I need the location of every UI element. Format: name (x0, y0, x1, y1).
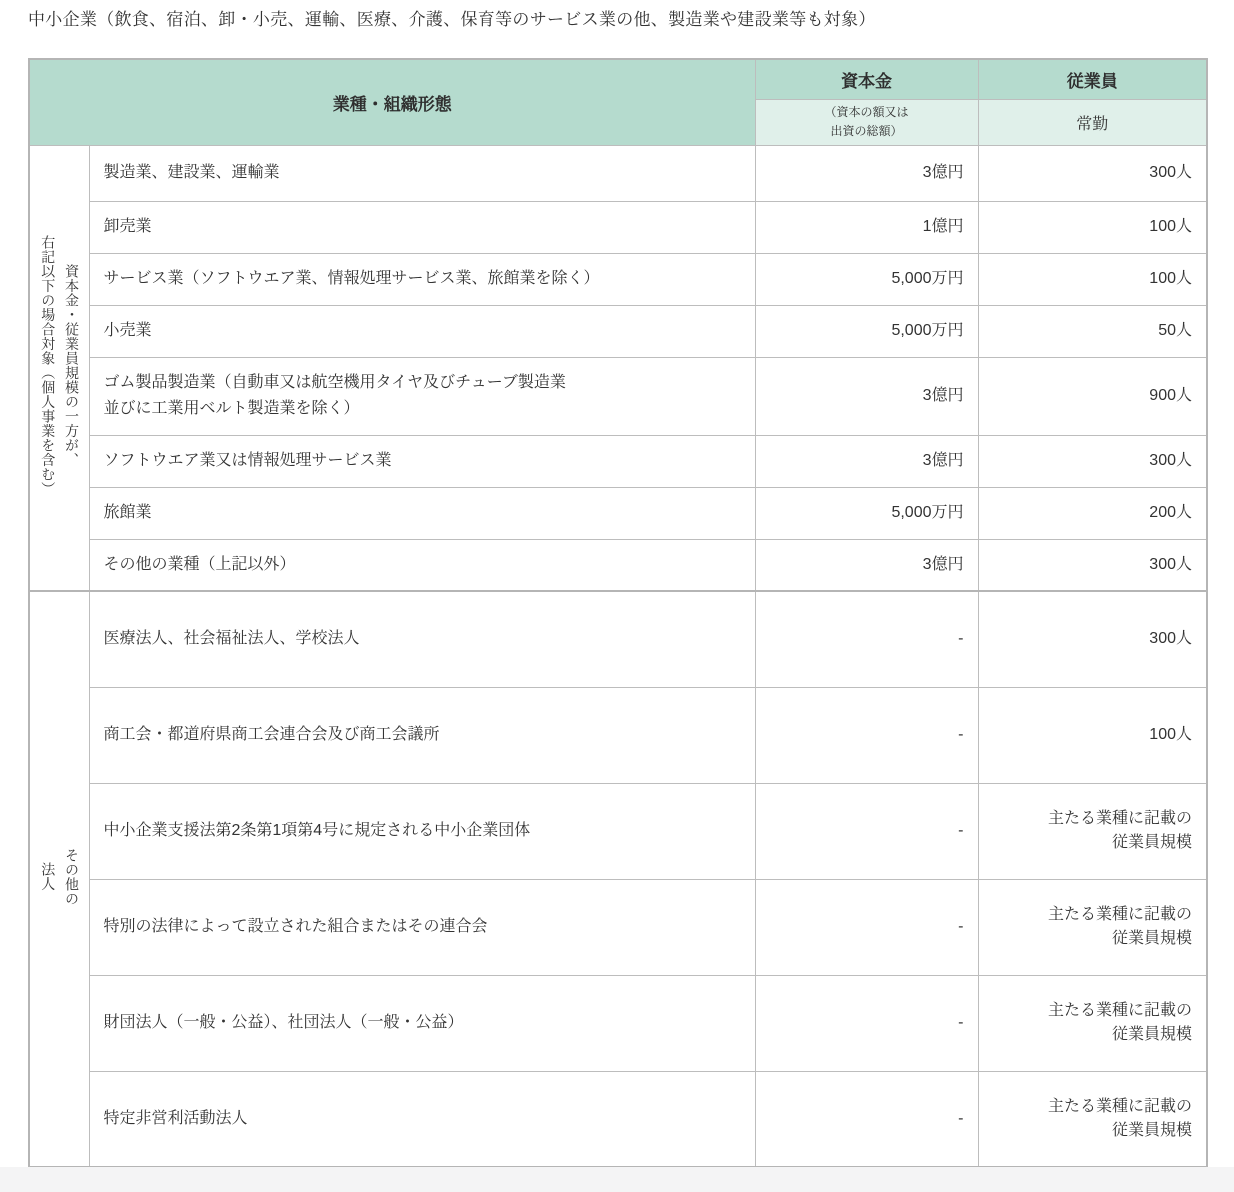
employees-cell: 50人 (978, 305, 1207, 357)
capital-cell: 5,000万円 (755, 487, 978, 539)
capital-cell: 3億円 (755, 435, 978, 487)
header-capital-subnote: （資本の額又は 出資の総額） (755, 99, 978, 145)
employees-cell: 主たる業種に記載の 従業員規模 (978, 879, 1207, 975)
table-row: ゴム製品製造業（自動車又は航空機用タイヤ及びチューブ製造業 並びに工業用ベルト製… (29, 357, 1207, 435)
table-row: 資本金・従業員規模の一方が、 右記以下の場合対象（個人事業を含む） 製造業、建設… (29, 145, 1207, 201)
industry-cell: サービス業（ソフトウエア業、情報処理サービス業、旅館業を除く） (89, 253, 755, 305)
capital-cell: 5,000万円 (755, 253, 978, 305)
table-row: 卸売業 1億円 100人 (29, 201, 1207, 253)
industry-cell: 商工会・都道府県商工会連合会及び商工会議所 (89, 687, 755, 783)
table-row: サービス業（ソフトウエア業、情報処理サービス業、旅館業を除く） 5,000万円 … (29, 253, 1207, 305)
header-industry: 業種・組織形態 (29, 59, 755, 145)
capital-cell: - (755, 975, 978, 1071)
header-capital: 資本金 (755, 59, 978, 99)
group-label-text: 資本金・従業員規模の一方が、 右記以下の場合対象（個人事業を含む） (35, 235, 83, 496)
table-row: 小売業 5,000万円 50人 (29, 305, 1207, 357)
industry-cell: 財団法人（一般・公益）、社団法人（一般・公益） (89, 975, 755, 1071)
employees-cell: 主たる業種に記載の 従業員規模 (978, 783, 1207, 879)
employees-cell: 100人 (978, 201, 1207, 253)
industry-cell: 卸売業 (89, 201, 755, 253)
capital-cell: 3億円 (755, 357, 978, 435)
employees-cell: 300人 (978, 591, 1207, 687)
capital-cell: 3億円 (755, 539, 978, 591)
industry-cell: ゴム製品製造業（自動車又は航空機用タイヤ及びチューブ製造業 並びに工業用ベルト製… (89, 357, 755, 435)
header-row-main: 業種・組織形態 資本金 従業員 (29, 59, 1207, 99)
table-row: 商工会・都道府県商工会連合会及び商工会議所 - 100人 (29, 687, 1207, 783)
table-row: 特定非営利活動法人 - 主たる業種に記載の 従業員規模 (29, 1071, 1207, 1167)
capital-cell: - (755, 591, 978, 687)
employees-cell: 900人 (978, 357, 1207, 435)
group-label-other-corporations: その他の 法人 (29, 591, 89, 1167)
group-label-capital-employee-scope: 資本金・従業員規模の一方が、 右記以下の場合対象（個人事業を含む） (29, 145, 89, 591)
page: 中小企業（飲食、宿泊、卸・小売、運輸、医療、介護、保育等のサービス業の他、製造業… (0, 0, 1234, 1192)
employees-cell: 主たる業種に記載の 従業員規模 (978, 975, 1207, 1071)
industry-cell: 特別の法律によって設立された組合またはその連合会 (89, 879, 755, 975)
employees-cell: 300人 (978, 539, 1207, 591)
capital-cell: - (755, 783, 978, 879)
page-bottom-strip (0, 1167, 1234, 1192)
table-row: その他の 法人 医療法人、社会福祉法人、学校法人 - 300人 (29, 591, 1207, 687)
industry-cell: 製造業、建設業、運輸業 (89, 145, 755, 201)
capital-cell: - (755, 1071, 978, 1167)
industry-cell: 中小企業支援法第2条第1項第4号に規定される中小企業団体 (89, 783, 755, 879)
industry-cell: 特定非営利活動法人 (89, 1071, 755, 1167)
industry-cell: 小売業 (89, 305, 755, 357)
table-row: 中小企業支援法第2条第1項第4号に規定される中小企業団体 - 主たる業種に記載の… (29, 783, 1207, 879)
employees-cell: 主たる業種に記載の 従業員規模 (978, 1071, 1207, 1167)
table-row: ソフトウエア業又は情報処理サービス業 3億円 300人 (29, 435, 1207, 487)
header-employees: 従業員 (978, 59, 1207, 99)
page-title: 中小企業（飲食、宿泊、卸・小売、運輸、医療、介護、保育等のサービス業の他、製造業… (28, 8, 876, 32)
capital-cell: 1億円 (755, 201, 978, 253)
employees-cell: 300人 (978, 145, 1207, 201)
table-row: 財団法人（一般・公益）、社団法人（一般・公益） - 主たる業種に記載の 従業員規… (29, 975, 1207, 1071)
employees-cell: 300人 (978, 435, 1207, 487)
industry-cell: 旅館業 (89, 487, 755, 539)
table-row: 旅館業 5,000万円 200人 (29, 487, 1207, 539)
header-employees-subnote: 常勤 (978, 99, 1207, 145)
sme-definition-table: 業種・組織形態 資本金 従業員 （資本の額又は 出資の総額） 常勤 資本金・従業… (28, 58, 1208, 1168)
capital-cell: - (755, 687, 978, 783)
table-row: その他の業種（上記以外） 3億円 300人 (29, 539, 1207, 591)
employees-cell: 100人 (978, 687, 1207, 783)
industry-cell: その他の業種（上記以外） (89, 539, 755, 591)
group-label-text: その他の 法人 (35, 848, 83, 906)
employees-cell: 100人 (978, 253, 1207, 305)
employees-cell: 200人 (978, 487, 1207, 539)
capital-cell: 5,000万円 (755, 305, 978, 357)
industry-cell: 医療法人、社会福祉法人、学校法人 (89, 591, 755, 687)
capital-cell: 3億円 (755, 145, 978, 201)
industry-cell: ソフトウエア業又は情報処理サービス業 (89, 435, 755, 487)
table-row: 特別の法律によって設立された組合またはその連合会 - 主たる業種に記載の 従業員… (29, 879, 1207, 975)
capital-cell: - (755, 879, 978, 975)
